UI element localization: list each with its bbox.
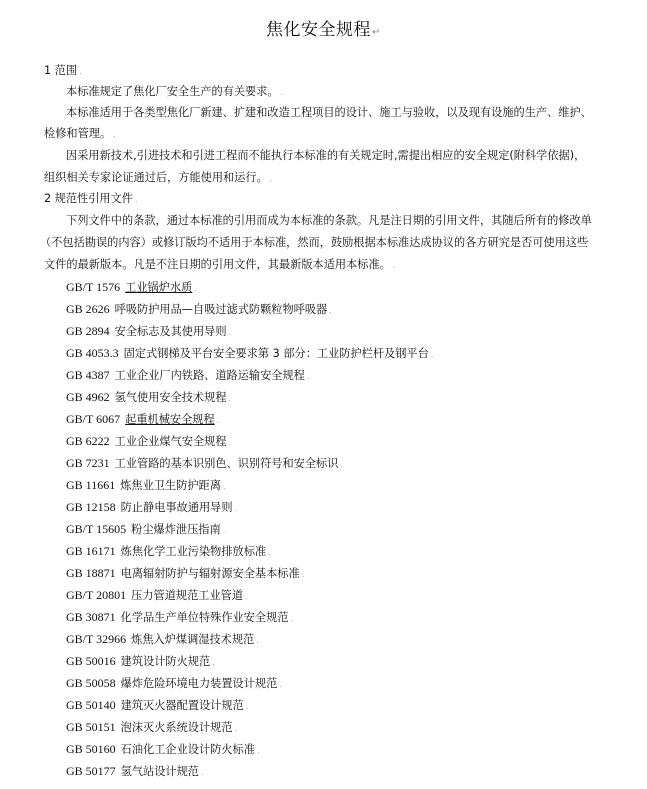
paragraph: 文件的最新版本。凡是不注日期的引用文件，其最新版本适用本标准。. xyxy=(44,257,395,274)
reference-item: GB 50140建筑灭火器配置设计规范. xyxy=(66,697,248,715)
section-heading-normative-references: 2 规范性引用文件. xyxy=(44,191,138,208)
reference-item: GB/T 20801压力管道规范工业管道. xyxy=(66,587,248,605)
paragraph-mark-icon: . xyxy=(135,195,138,204)
paragraph-mark-icon: . xyxy=(270,174,273,183)
document-title: 焦化安全规程↵ xyxy=(0,15,647,40)
reference-item: GB 11661炼焦业卫生防护距离. xyxy=(66,477,225,495)
reference-item: GB 4962氢气使用安全技术规程. xyxy=(66,389,231,407)
reference-item: GB 50151泡沫灭火系统设计规范. xyxy=(66,719,237,737)
reference-item: GB 2894安全标志及其使用导则. xyxy=(66,323,231,341)
paragraph: 本标准适用于各类型焦化厂新建、扩建和改造工程项目的设计、施工与验收，以及现有设施… xyxy=(66,105,592,121)
reference-item: GB 50058爆炸危险环境电力装置设计规范. xyxy=(66,675,282,693)
reference-item: GB 16171炼焦化学工业污染物排放标准. xyxy=(66,543,271,561)
reference-item: GB 50160石油化工企业设计防火标准. xyxy=(66,741,259,759)
paragraph-mark-icon: ↵ xyxy=(372,27,381,38)
reference-item: GB 4387工业企业厂内铁路、道路运输安全规程. xyxy=(66,367,309,385)
paragraph: 本标准规定了焦化厂安全生产的有关要求。. xyxy=(66,84,283,101)
reference-item: GB 7231工业管路的基本识别色、识别符号和安全标识. xyxy=(66,455,343,473)
reference-item: GB/T 15605粉尘爆炸泄压指南. xyxy=(66,521,225,539)
reference-item: GB 6222工业企业煤气安全规程. xyxy=(66,433,231,451)
paragraph-mark-icon: . xyxy=(113,130,116,139)
paragraph-mark-icon: . xyxy=(79,67,82,76)
reference-item: GB 4053.3固定式钢梯及平台安全要求第 3 部分：工业防护栏杆及钢平台. xyxy=(66,345,433,363)
paragraph-mark-icon: . xyxy=(393,261,396,270)
reference-item: GB 50177氢气站设计规范. xyxy=(66,763,204,781)
paragraph: 下列文件中的条款，通过本标准的引用而成为本标准的条款。凡是注日期的引用文件，其随… xyxy=(66,213,592,229)
reference-item: GB/T 1576工业锅炉水质. xyxy=(66,279,197,297)
reference-item: GB 12158防止静电事故通用导则. xyxy=(66,499,237,517)
reference-item: GB 50016建筑设计防火规范. xyxy=(66,653,215,671)
paragraph: 因采用新技术,引进技术和引进工程而不能执行本标准的有关规定时,需提出相应的安全规… xyxy=(66,148,585,164)
reference-item: GB/T 6067起重机械安全规程. xyxy=(66,411,219,429)
paragraph-mark-icon: . xyxy=(281,88,284,97)
reference-item: GB/T 32966炼焦入炉煤调湿技术规范. xyxy=(66,631,259,649)
reference-item: GB 2626呼吸防护用品—自吸过滤式防颗粒物呼吸器. xyxy=(66,301,332,319)
paragraph: 检修和管理。. xyxy=(44,126,116,143)
section-heading-scope: 1 范围. xyxy=(44,63,82,80)
paragraph: （不包括勘误的内容）或修订版均不适用于本标准，然而，鼓励根据本标准达成协议的各方… xyxy=(40,235,588,251)
reference-item: GB 18871电离辐射防护与辐射源安全基本标准. xyxy=(66,565,304,583)
paragraph: 组织相关专家论证通过后，方能使用和运行。. xyxy=(44,170,272,187)
reference-item: GB 30871化学品生产单位特殊作业安全规范. xyxy=(66,609,293,627)
